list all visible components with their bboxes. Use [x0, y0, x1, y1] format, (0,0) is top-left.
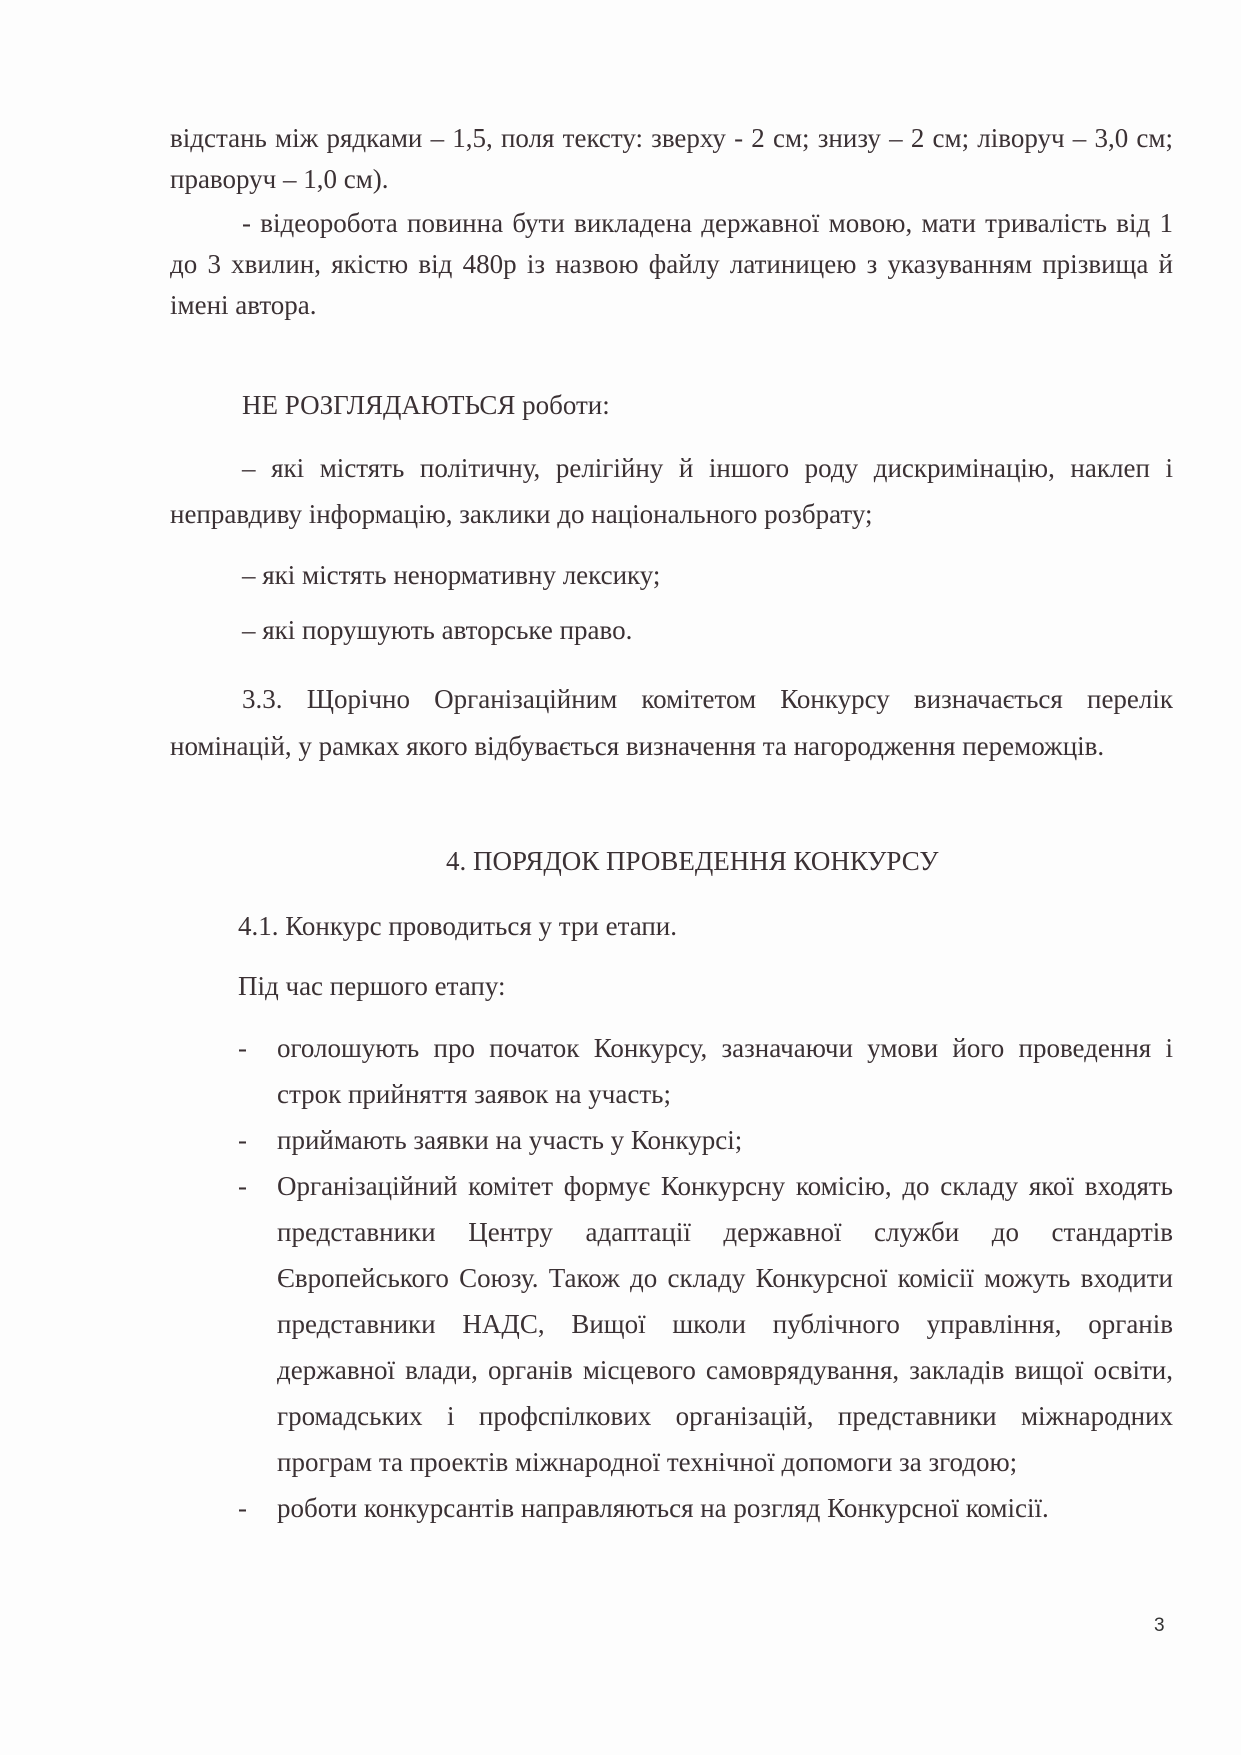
- list-item: - Організаційний комітет формує Конкурсн…: [238, 1163, 1173, 1485]
- first-stage-intro: Під час першого етапу:: [238, 966, 1173, 1007]
- clause-3-3: 3.3. Щорічно Організаційним комітетом Ко…: [170, 676, 1173, 770]
- list-item-text: приймають заявки на участь у Конкурсі;: [277, 1125, 742, 1155]
- exclusion-item-2: – які містять ненормативну лексику;: [170, 555, 1173, 596]
- list-item: - приймають заявки на участь у Конкурсі;: [238, 1117, 1173, 1163]
- bullet-dash: -: [238, 1117, 247, 1163]
- paragraph-not-considered: НЕ РОЗГЛЯДАЮТЬСЯ роботи:: [170, 385, 1173, 426]
- paragraph-video-requirements: - відеоробота повинна бути викладена дер…: [170, 203, 1173, 326]
- document-page: відстань між рядками – 1,5, поля тексту:…: [0, 0, 1241, 1755]
- first-stage-list: - оголошують про початок Конкурсу, зазна…: [238, 1025, 1173, 1531]
- bullet-dash: -: [238, 1025, 247, 1071]
- list-item-text: роботи конкурсантів направляються на роз…: [277, 1493, 1049, 1523]
- list-item-text: Організаційний комітет формує Конкурсну …: [277, 1171, 1173, 1477]
- bullet-dash: -: [238, 1163, 247, 1209]
- section-4-heading: 4. ПОРЯДОК ПРОВЕДЕННЯ КОНКУРСУ: [446, 846, 939, 877]
- not-considered-rest: роботи:: [515, 390, 609, 420]
- bullet-dash: -: [238, 1485, 247, 1531]
- not-considered-caps: НЕ РОЗГЛЯДАЮТЬСЯ: [242, 390, 515, 420]
- exclusion-item-3: – які порушують авторське право.: [170, 610, 1173, 651]
- list-item-text: оголошують про початок Конкурсу, зазнача…: [277, 1033, 1173, 1109]
- clause-4-1: 4.1. Конкурс проводиться у три етапи.: [238, 906, 1173, 947]
- list-item: - оголошують про початок Конкурсу, зазна…: [238, 1025, 1173, 1117]
- list-item: - роботи конкурсантів направляються на р…: [238, 1485, 1173, 1531]
- exclusion-item-1: – які містять політичну, релігійну й інш…: [170, 445, 1173, 537]
- paragraph-format-spec: відстань між рядками – 1,5, поля тексту:…: [170, 118, 1173, 200]
- page-number: 3: [1154, 1615, 1165, 1637]
